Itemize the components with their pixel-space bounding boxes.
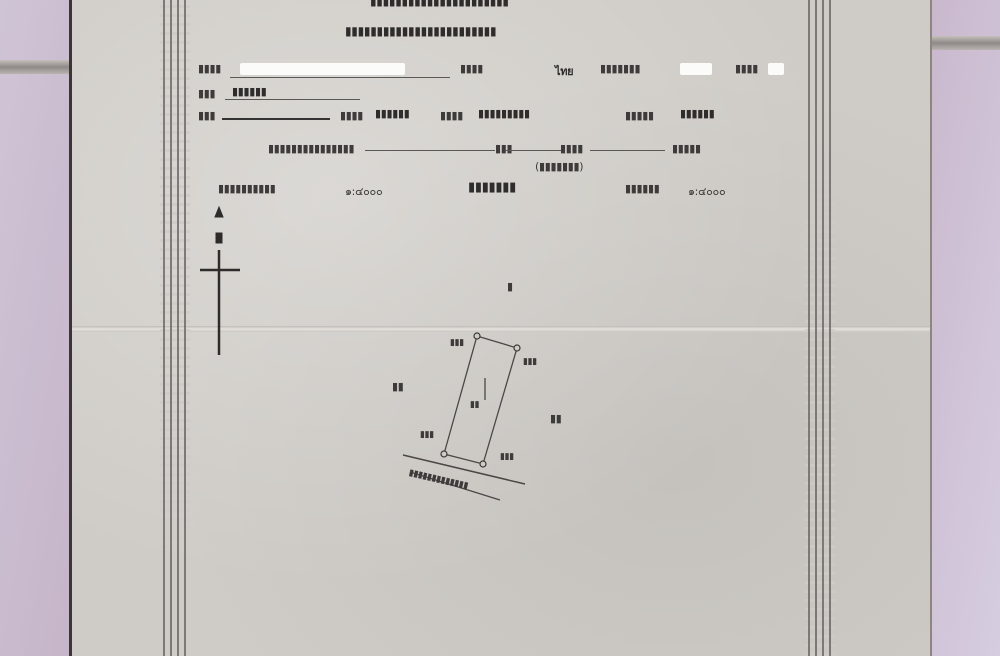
corner-label-nw: ▮▮▮	[450, 338, 464, 348]
side-label-east: ▮▮	[550, 412, 562, 425]
north-arrow-icon	[200, 207, 240, 355]
corner-label-ne: ▮▮▮	[523, 357, 537, 367]
corner-label-se: ▮▮▮	[500, 452, 514, 462]
side-label-center: ▮▮	[470, 400, 479, 410]
parcel-markers	[441, 333, 520, 467]
corner-label-sw: ▮▮▮	[420, 430, 434, 440]
map-center-label: ▮	[507, 280, 513, 293]
side-label-west: ▮▮	[392, 380, 404, 393]
map-drawing	[0, 0, 1000, 656]
